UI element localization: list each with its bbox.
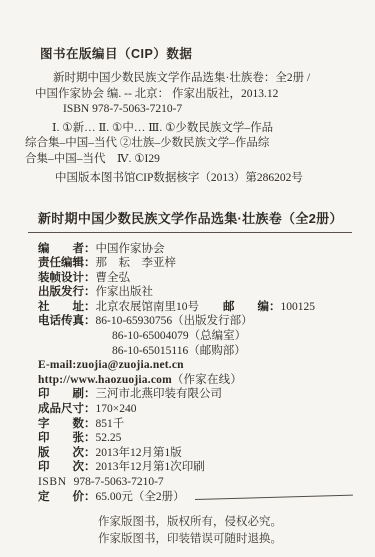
cip-entry-line-2: 中国作家协会 编. -- 北京： 作家出版社，2013.12 — [25, 87, 355, 103]
copyright-page: 图书在版编目（CIP）数据 新时期中国少数民族文学作品选集·壮族卷：全2册 / … — [0, 0, 375, 557]
cip-section: 图书在版编目（CIP）数据 新时期中国少数民族文学作品选集·壮族卷：全2册 / … — [25, 44, 355, 187]
field-value: 851千 — [96, 418, 125, 430]
colophon-row-address: 社 址：北京农展馆南里10号邮 编：100125 — [38, 300, 355, 315]
field-value: 52.25 — [96, 432, 122, 444]
field-label: 责任编辑： — [38, 257, 96, 269]
cip-entry-line-1: 新时期中国少数民族文学作品选集·壮族卷：全2册 / — [25, 71, 355, 87]
isbn-label: ISBN — [38, 476, 67, 488]
colophon-row-email: E-mail:zuojia@zuojia.net.cn — [38, 358, 355, 373]
field-label: 印 刷： — [38, 388, 96, 400]
field-label: 成品尺寸： — [38, 403, 96, 415]
postcode-value: 100125 — [281, 301, 316, 313]
colophon-row-isbn: ISBN978-7-5063-7210-7 — [38, 475, 355, 490]
price-rule — [195, 495, 353, 500]
website-url: http://www.haozuojia.com — [38, 374, 172, 386]
field-value: 三河市北燕印装有限公司 — [96, 388, 223, 400]
field-value: 北京农展馆南里10号 — [96, 301, 200, 313]
cip-class-line-1: Ⅰ. ①新… Ⅱ. ①中… Ⅲ. ①少数民族文学–作品 — [25, 121, 355, 137]
cip-record-number: 中国版本图书馆CIP数据核字（2013）第286202号 — [25, 171, 355, 187]
colophon-row-sheets: 印 张：52.25 — [38, 431, 355, 446]
footer-notices: 作家版图书，版权所有，侵权必究。 作家版图书，印装错误可随时退换。 — [25, 514, 355, 547]
exchange-notice: 作家版图书，印装错误可随时退换。 — [25, 531, 355, 548]
field-value: 2013年12月第1次印刷 — [96, 461, 205, 473]
colophon-row-price: 定 价：65.00元（全2册） — [38, 490, 355, 505]
field-label: 装帧设计： — [38, 272, 96, 284]
cip-class-line-2: 综合集–中国–当代 ②壮族–少数民族文学–作品综 — [25, 136, 355, 152]
field-value: 65.00元（全2册） — [96, 490, 185, 505]
field-value: 86-10-65930756（出版发行部） — [96, 315, 253, 327]
cip-classification: Ⅰ. ①新… Ⅱ. ①中… Ⅲ. ①少数民族文学–作品 综合集–中国–当代 ②壮… — [25, 121, 355, 168]
colophon-row-editor: 编 者：中国作家协会 — [38, 242, 355, 257]
colophon-row-edition: 版 次：2013年12月第1版 — [38, 446, 355, 461]
field-value: 170×240 — [96, 403, 137, 415]
field-label: 字 数： — [38, 418, 96, 430]
book-title: 新时期中国少数民族文学作品选集·壮族卷（全2册） — [28, 208, 352, 233]
colophon-row-phone-3: 86-10-65015116（邮购部） — [38, 344, 355, 359]
colophon-row-printer: 印 刷：三河市北燕印装有限公司 — [38, 387, 355, 402]
field-label: 社 址： — [38, 301, 96, 313]
colophon-row-phone-2: 86-10-65004079（总编室） — [38, 329, 355, 344]
cip-isbn-line: ISBN 978-7-5063-7210-7 — [25, 102, 355, 118]
cip-class-line-3: 合集–中国–当代 Ⅳ. ①I29 — [25, 152, 355, 168]
field-value: 86-10-65015116（邮购部） — [112, 345, 246, 357]
field-value: 那 耘 李亚梓 — [96, 257, 177, 269]
isbn-value: 978-7-5063-7210-7 — [74, 476, 164, 488]
field-label: 印 张： — [38, 432, 96, 444]
colophon-row-impression: 印 次：2013年12月第1次印刷 — [38, 460, 355, 475]
colophon-row-phone-fax: 电话传真：86-10-65930756（出版发行部） — [38, 314, 355, 329]
colophon-row-design: 装帧设计：曹全弘 — [38, 271, 355, 286]
colophon-row-size: 成品尺寸：170×240 — [38, 402, 355, 417]
field-label: 出版发行： — [38, 286, 96, 298]
field-value: 86-10-65004079（总编室） — [112, 330, 246, 342]
copyright-notice: 作家版图书，版权所有，侵权必究。 — [25, 514, 355, 531]
field-label: 电话传真： — [38, 315, 96, 327]
field-label: 版 次： — [38, 447, 96, 459]
cip-heading: 图书在版编目（CIP）数据 — [40, 44, 355, 62]
field-label: 定 价： — [38, 490, 96, 505]
field-value: 2013年12月第1版 — [96, 447, 182, 459]
colophon-row-duty-editor: 责任编辑：那 耘 李亚梓 — [38, 256, 355, 271]
colophon-section: 编 者：中国作家协会 责任编辑：那 耘 李亚梓 装帧设计：曹全弘 出版发行：作家… — [38, 242, 355, 505]
website-suffix: （作家在线） — [172, 374, 242, 386]
field-value: 曹全弘 — [96, 272, 131, 284]
colophon-row-publisher: 出版发行：作家出版社 — [38, 285, 355, 300]
colophon-row-website: http://www.haozuojia.com（作家在线） — [38, 373, 355, 388]
colophon-row-word-count: 字 数：851千 — [38, 417, 355, 432]
field-label: 印 次： — [38, 461, 96, 473]
field-label: 编 者： — [38, 243, 96, 255]
field-value: 作家出版社 — [96, 286, 154, 298]
field-value: 中国作家协会 — [96, 243, 165, 255]
email-value: E-mail:zuojia@zuojia.net.cn — [38, 359, 184, 371]
postcode-label: 邮 编： — [223, 301, 281, 313]
